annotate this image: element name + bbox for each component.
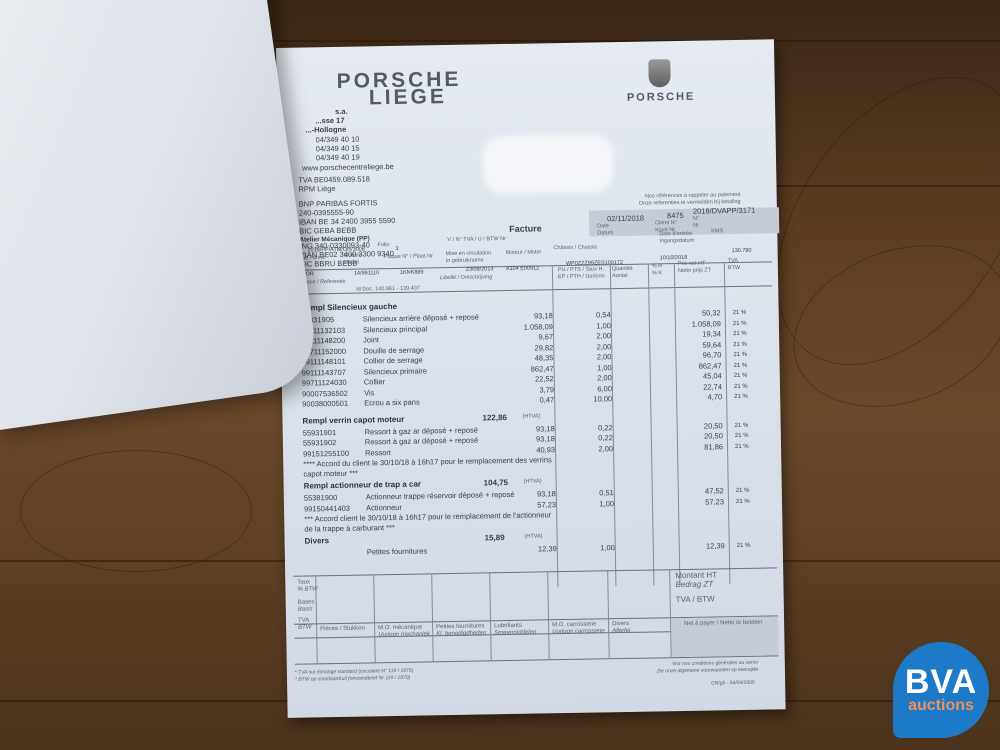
- item-unit-price: 40,93: [536, 445, 555, 455]
- item-vat-rate: 21 %: [737, 541, 751, 551]
- porsche-brand: PORSCHE: [627, 91, 696, 104]
- section-header: Rempl Silencieux gauche: [300, 295, 770, 303]
- item-label: Ressort: [365, 448, 391, 458]
- item-net-price: 96,70: [703, 350, 722, 360]
- item-unit-price: 1.058,09: [524, 322, 553, 333]
- item-unit-price: 93,18: [534, 311, 553, 321]
- item-net-price: 1.058,09: [692, 319, 721, 330]
- item-label: Douille de serrage: [363, 345, 424, 356]
- item-label: Silencieux principal: [363, 324, 427, 335]
- item-net-price: 4,70: [707, 392, 722, 402]
- section-title: Rempl Silencieux gauche: [300, 302, 397, 314]
- invoice-sheet: PORSCHE LIEGE PORSCHE s.a. ...sse 17 ...…: [276, 39, 786, 718]
- item-label: Silencieux primaire: [364, 366, 428, 377]
- invoice-number: 2018/DVAPP/3171 N° Nr: [693, 206, 756, 230]
- footer-category: M.O. carrosserieUurloon carrosserie: [552, 621, 605, 636]
- item-quantity: 0,22: [598, 433, 613, 443]
- kms: 130.780: [732, 248, 752, 255]
- bank-info-1: BNP PARIBAS FORTIS 240-0395555-90 IBAN B…: [299, 198, 396, 236]
- item-net-price: 45,04: [703, 371, 722, 381]
- footer-totals-labels: Montant HTBedrag ZT TVA / BTW: [675, 570, 717, 604]
- item-quantity: 2,00: [597, 373, 612, 383]
- item-vat-rate: 21 %: [733, 350, 747, 360]
- department: Atelier Mécanique (PP): [299, 234, 370, 244]
- model-label: ModèleModel: [344, 253, 362, 267]
- item-unit-price: 29,82: [534, 343, 553, 353]
- footer-category: Petites fournituresKl. benodigdheden: [436, 623, 486, 638]
- item-net-price: 81,86: [704, 442, 723, 452]
- item-quantity: 1,00: [599, 499, 614, 509]
- item-net-price: 50,32: [702, 308, 721, 318]
- item-label: Actionneur: [366, 502, 402, 513]
- item-quantity: 10,00: [593, 394, 612, 404]
- folio: 3: [395, 246, 398, 253]
- item-ref: 99151255100: [303, 448, 349, 459]
- redacted-address: [483, 134, 614, 194]
- item-unit-price: 93,18: [536, 424, 555, 434]
- plate-label: Plaque N° / Plaat Nr: [384, 253, 433, 261]
- item-vat-rate: 21 %: [734, 371, 748, 381]
- section-htva: (HTVA): [524, 478, 542, 485]
- item-net-price: 22,74: [703, 382, 722, 392]
- item-label: Collier: [364, 377, 385, 387]
- company-phones: 04/349 40 10 04/349 40 15 04/349 40 19: [316, 135, 360, 163]
- item-ref: 55931902: [303, 438, 337, 449]
- item-quantity: 1,00: [596, 321, 611, 331]
- bva-logo-subtext: auctions: [908, 698, 974, 714]
- table-row: Petites fournitures 12,39 1,00 12,39 21 …: [305, 540, 775, 548]
- dealer-logo: PORSCHE LIEGE: [336, 71, 461, 107]
- item-vat-rate: 21 %: [736, 496, 750, 506]
- section-title: Divers: [305, 536, 330, 546]
- footer-category: LubrifiantsSmeermiddelen: [494, 623, 536, 638]
- item-unit-price: 93,18: [536, 434, 555, 444]
- folio-label: Folio: [377, 242, 389, 249]
- curled-paper: [0, 0, 321, 431]
- col-label: Libellé / Omschrijving: [440, 274, 492, 282]
- footer-category: DiversAllerlei: [612, 621, 630, 635]
- item-vat-rate: 21 %: [733, 308, 747, 318]
- item-quantity: 1,00: [597, 363, 612, 373]
- porsche-crest-icon: [648, 59, 670, 87]
- item-vat-rate: 21 %: [734, 360, 748, 370]
- item-label: Petites fournitures: [367, 546, 428, 557]
- section-total: 15,89: [485, 533, 505, 543]
- item-label: Ecrou a six pans: [364, 398, 420, 409]
- item-quantity: 0,22: [598, 423, 613, 433]
- bva-logo-text: BVA: [905, 666, 977, 698]
- item-vat-rate: 21 %: [733, 339, 747, 349]
- item-ref: 90038000501: [302, 399, 348, 410]
- company-website[interactable]: www.porschecentreliege.be: [302, 162, 394, 173]
- col-discount: % R% K: [652, 263, 663, 277]
- item-label: Ressort à gaz ar déposé + reposé: [365, 436, 478, 448]
- col-unit-price: PU / PTS / Taux H.EP / PTH / Uurloon: [558, 266, 605, 281]
- item-label: Actionneur trappe réservoir déposé + rep…: [366, 490, 515, 503]
- item-net-price: 20,50: [704, 421, 723, 431]
- item-net-price: 20,50: [704, 431, 723, 441]
- item-label: Vis: [364, 388, 374, 398]
- section-htva: (HTVA): [522, 413, 540, 420]
- item-net-price: 862,47: [699, 361, 722, 371]
- section-title: Rempl verrin capot moteur: [302, 414, 404, 426]
- invoice-date: 02/11/2018 Date Datum: [597, 214, 644, 238]
- item-unit-price: 3,79: [539, 385, 554, 395]
- col-net-price: Prix net HTNetto prijs ZT: [678, 260, 711, 275]
- section-total: 122,86: [482, 413, 507, 423]
- section-htva: (HTVA): [525, 533, 543, 540]
- item-net-price: 19,34: [702, 329, 721, 339]
- item-net-price: 47,52: [705, 486, 724, 496]
- item-quantity: 0,54: [596, 310, 611, 320]
- item-vat-rate: 21 %: [736, 486, 750, 496]
- item-ref: 99111143707: [302, 367, 346, 378]
- footer-category: M.O. mécaniqueUurloon mechaniek: [378, 624, 430, 639]
- item-ref: 99711124030: [302, 378, 347, 389]
- chassis-label: Châssis / Chassis: [553, 244, 597, 252]
- section-header: Rempl verrin capot moteur 122,86 (HTVA): [302, 408, 772, 416]
- vehicle-plate: 1KNK889: [400, 269, 424, 276]
- item-unit-price: 22,52: [535, 374, 554, 384]
- item-unit-price: 93,18: [537, 489, 556, 499]
- item-net-price: 12,39: [706, 541, 725, 551]
- item-quantity: 1,00: [600, 543, 615, 553]
- footer-category: Pièces / Stukken: [320, 626, 365, 634]
- item-label: Joint: [363, 335, 379, 345]
- section-title: Rempl actionneur de trap a car: [304, 480, 422, 492]
- section-note: **** Accord du client le 30/10/18 à 16h1…: [303, 455, 553, 479]
- item-unit-price: 57,23: [537, 500, 556, 510]
- section-note: *** Accord client le 30/10/18 à 16h17 po…: [304, 510, 554, 534]
- engine-label: Moteur / Motor: [506, 249, 542, 257]
- company-vat: TVA BE0459.089.518 RPM Liège: [298, 174, 370, 193]
- item-ref: 55381900: [304, 493, 338, 504]
- item-ref: 90007536502: [302, 388, 348, 399]
- company-address: s.a. ...sse 17 ...-Hollogne: [305, 107, 348, 135]
- vehicle-engine: A104 E00912: [506, 265, 539, 273]
- kms-label: KMS: [711, 228, 723, 235]
- item-net-price: 57,23: [705, 497, 724, 507]
- item-ref: 99150441403: [304, 503, 350, 514]
- document-type: Facture: [509, 223, 542, 234]
- item-vat-rate: 21 %: [734, 381, 748, 391]
- net-to-pay-label: Net à payer / Netto te betalen: [684, 620, 763, 628]
- item-vat-rate: 21 %: [733, 329, 747, 339]
- bva-auctions-watermark: BVA auctions: [893, 642, 989, 738]
- vehicle-model: 14/991110: [354, 270, 379, 277]
- item-ref: 55931901: [303, 428, 337, 439]
- item-quantity: 2,00: [598, 444, 613, 454]
- item-label: Silencieux arrière déposé + reposé: [363, 313, 479, 325]
- item-unit-price: 862,47: [531, 364, 554, 374]
- item-unit-price: 12,39: [538, 544, 557, 554]
- form-code: CR/gb - 04/04/2006: [711, 680, 755, 688]
- entry-date-label: Date d'entréeIngangsdatum: [659, 231, 694, 246]
- item-quantity: 2,00: [596, 331, 611, 341]
- section-total: 104,75: [484, 478, 509, 488]
- vehicle-registration: 23/08/2013: [466, 266, 494, 273]
- item-unit-price: 0,47: [539, 395, 554, 405]
- col-quantity: QuantitéAantal: [612, 266, 633, 280]
- item-unit-price: 48,35: [535, 353, 554, 363]
- item-vat-rate: 21 %: [735, 431, 749, 441]
- vat-client-label: V / N° TVA / U / BTW Nr: [447, 236, 506, 244]
- item-quantity: 2,00: [597, 342, 612, 352]
- item-label: Collier de serrage: [363, 355, 422, 366]
- item-quantity: 0,51: [599, 488, 614, 498]
- col-vat: TVABTW: [728, 258, 740, 272]
- item-vat-rate: 21 %: [735, 441, 749, 451]
- footer-notes: * TVA sur échange standard (circulaire N…: [295, 668, 414, 684]
- item-unit-price: 9,67: [538, 332, 553, 342]
- item-quantity: 2,00: [597, 352, 612, 362]
- item-quantity: 6,00: [597, 384, 612, 394]
- footer-conditions: Voir nos conditions générales au versoZi…: [657, 660, 758, 676]
- item-vat-rate: 21 %: [734, 392, 748, 402]
- item-vat-rate: 21 %: [735, 420, 749, 430]
- registration-label: Mise en circulationIn gebruikname: [446, 250, 492, 265]
- item-net-price: 59,64: [702, 340, 721, 350]
- item-vat-rate: 21 %: [733, 318, 747, 328]
- footer-rate-labels: Taux% BTW BasesBasis TVABTW: [297, 579, 318, 631]
